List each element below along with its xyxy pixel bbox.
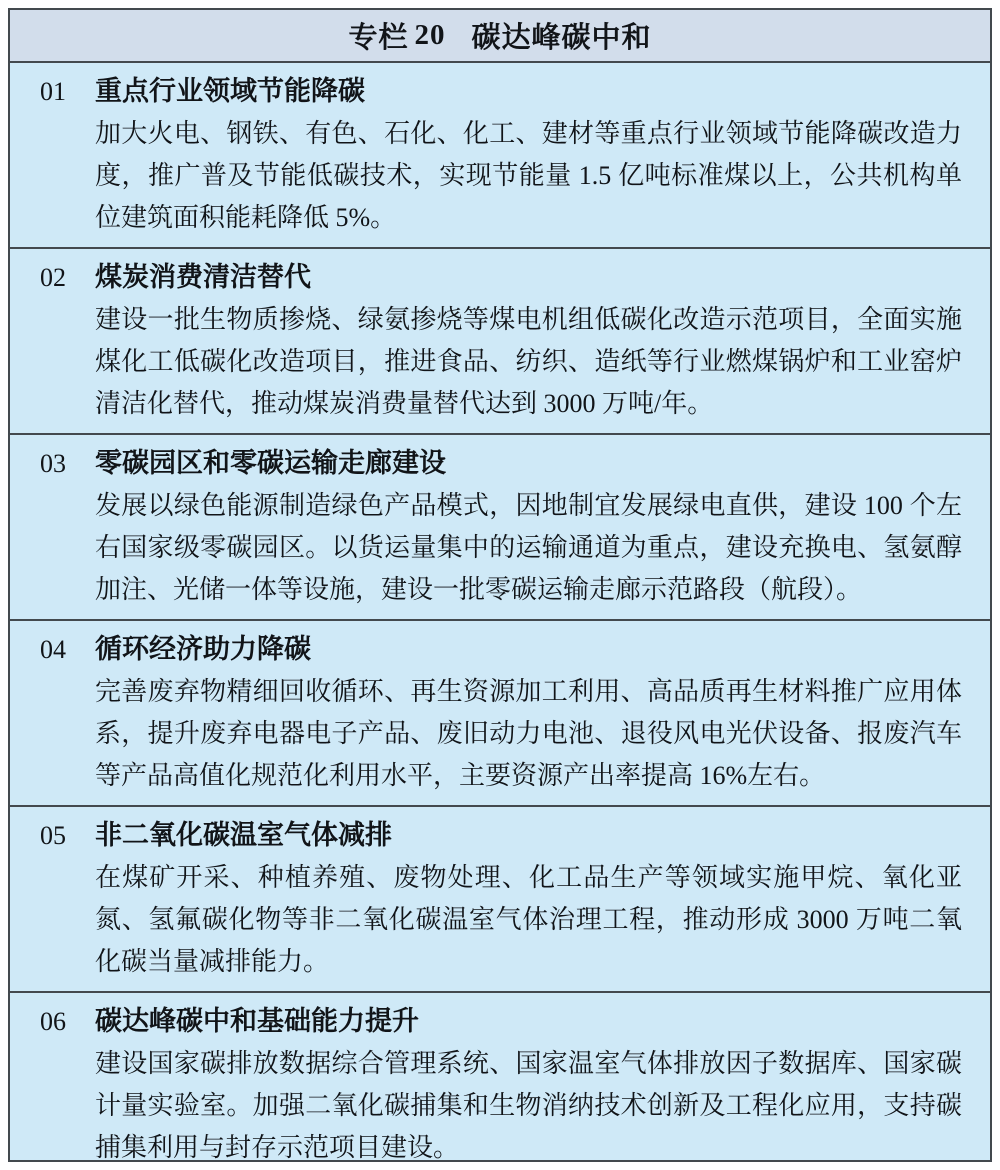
section-title-row: 04 循环经济助力降碳: [40, 628, 962, 671]
section-body: 建设国家碳排放数据综合管理系统、国家温室气体排放因子数据库、国家碳计量实验室。加…: [95, 1043, 962, 1162]
section-number: 03: [40, 443, 95, 485]
section-number: 04: [40, 629, 95, 671]
section-03: 03 零碳园区和零碳运输走廊建设 发展以绿色能源制造绿色产品模式，因地制宜发展绿…: [10, 435, 990, 621]
section-title: 循环经济助力降碳: [95, 628, 311, 670]
section-title: 重点行业领域节能降碳: [95, 70, 365, 112]
section-04: 04 循环经济助力降碳 完善废弃物精细回收循环、再生资源加工利用、高品质再生材料…: [10, 621, 990, 807]
column-panel: 专栏20碳达峰碳中和 01 重点行业领域节能降碳 加大火电、钢铁、有色、石化、化…: [8, 8, 992, 1162]
panel-header-number: 20: [415, 19, 446, 52]
section-01: 01 重点行业领域节能降碳 加大火电、钢铁、有色、石化、化工、建材等重点行业领域…: [10, 63, 990, 249]
section-title: 煤炭消费清洁替代: [95, 256, 311, 298]
section-title-row: 01 重点行业领域节能降碳: [40, 70, 962, 113]
panel-header: 专栏20碳达峰碳中和: [10, 10, 990, 63]
section-number: 02: [40, 257, 95, 299]
section-title: 非二氧化碳温室气体减排: [95, 814, 392, 856]
section-number: 01: [40, 71, 95, 113]
section-title-row: 05 非二氧化碳温室气体减排: [40, 814, 962, 857]
section-body: 完善废弃物精细回收循环、再生资源加工利用、高品质再生材料推广应用体系，提升废弃电…: [95, 671, 962, 797]
section-title: 碳达峰碳中和基础能力提升: [95, 1000, 419, 1042]
section-title-row: 06 碳达峰碳中和基础能力提升: [40, 1000, 962, 1043]
section-body: 加大火电、钢铁、有色、石化、化工、建材等重点行业领域节能降碳改造力度，推广普及节…: [95, 113, 962, 239]
panel-header-title: 碳达峰碳中和: [472, 15, 652, 56]
section-title-row: 03 零碳园区和零碳运输走廊建设: [40, 442, 962, 485]
panel-header-prefix: 专栏: [348, 15, 408, 56]
section-number: 06: [40, 1001, 95, 1043]
section-05: 05 非二氧化碳温室气体减排 在煤矿开采、种植养殖、废物处理、化工品生产等领域实…: [10, 807, 990, 993]
section-number: 05: [40, 815, 95, 857]
section-body: 建设一批生物质掺烧、绿氨掺烧等煤电机组低碳化改造示范项目，全面实施煤化工低碳化改…: [95, 299, 962, 425]
section-body: 在煤矿开采、种植养殖、废物处理、化工品生产等领域实施甲烷、氧化亚氮、氢氟碳化物等…: [95, 857, 962, 983]
section-02: 02 煤炭消费清洁替代 建设一批生物质掺烧、绿氨掺烧等煤电机组低碳化改造示范项目…: [10, 249, 990, 435]
section-body: 发展以绿色能源制造绿色产品模式，因地制宜发展绿电直供，建设 100 个左右国家级…: [95, 485, 962, 611]
section-06: 06 碳达峰碳中和基础能力提升 建设国家碳排放数据综合管理系统、国家温室气体排放…: [10, 993, 990, 1162]
section-title: 零碳园区和零碳运输走廊建设: [95, 442, 446, 484]
section-title-row: 02 煤炭消费清洁替代: [40, 256, 962, 299]
